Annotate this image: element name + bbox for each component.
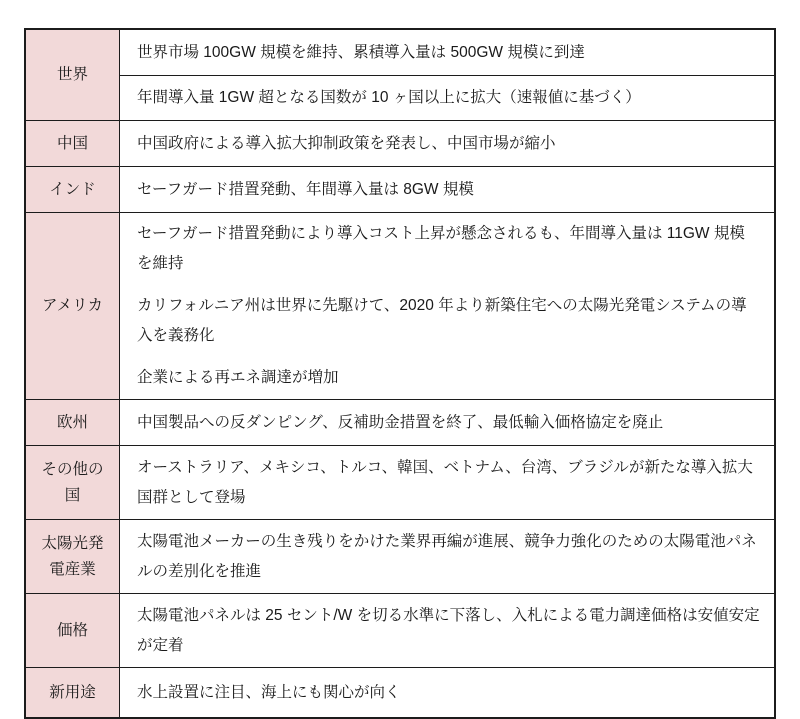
cell-paragraph: 世界市場 100GW 規模を維持、累積導入量は 500GW 規模に到達 (137, 38, 760, 68)
row-label: 価格 (26, 594, 120, 667)
cell-paragraph: 水上設置に注目、海上にも関心が向く (137, 678, 760, 708)
table-cell: 太陽電池メーカーの生き残りをかけた業界再編が進展、競争力強化のための太陽電池パネ… (120, 520, 774, 593)
table-cell: 水上設置に注目、海上にも関心が向く (120, 668, 774, 717)
cell-paragraph: 太陽電池メーカーの生き残りをかけた業界再編が進展、競争力強化のための太陽電池パネ… (137, 527, 760, 587)
cell-paragraph: セーフガード措置発動、年間導入量は 8GW 規模 (137, 175, 760, 205)
row-label: 欧州 (26, 400, 120, 445)
cell-paragraph: 年間導入量 1GW 超となる国数が 10 ヶ国以上に拡大（速報値に基づく） (137, 83, 760, 113)
cell-paragraph: 中国政府による導入拡大抑制政策を発表し、中国市場が縮小 (137, 129, 760, 159)
row-cells: 太陽電池メーカーの生き残りをかけた業界再編が進展、競争力強化のための太陽電池パネ… (120, 520, 774, 593)
cell-paragraph: セーフガード措置発動により導入コスト上昇が懸念されるも、年間導入量は 11GW … (137, 219, 760, 279)
table-cell: 太陽電池パネルは 25 セント/W を切る水準に下落し、入札による電力調達価格は… (120, 594, 774, 667)
table-cell: 年間導入量 1GW 超となる国数が 10 ヶ国以上に拡大（速報値に基づく） (120, 75, 774, 120)
table-row-other-countries: その他の国 オーストラリア、メキシコ、トルコ、韓国、ベトナム、台湾、ブラジルが新… (26, 445, 774, 519)
row-label: アメリカ (26, 213, 120, 399)
row-cells: 中国製品への反ダンピング、反補助金措置を終了、最低輸入価格協定を廃止 (120, 400, 774, 445)
cell-paragraph: 太陽電池パネルは 25 セント/W を切る水準に下落し、入札による電力調達価格は… (137, 601, 760, 661)
table-cell: オーストラリア、メキシコ、トルコ、韓国、ベトナム、台湾、ブラジルが新たな導入拡大… (120, 446, 774, 519)
table-row-world: 世界 世界市場 100GW 規模を維持、累積導入量は 500GW 規模に到達 年… (26, 30, 774, 120)
row-label: その他の国 (26, 446, 120, 519)
row-label: 中国 (26, 121, 120, 166)
cell-paragraph: 中国製品への反ダンピング、反補助金措置を終了、最低輸入価格協定を廃止 (137, 408, 760, 438)
row-cells: オーストラリア、メキシコ、トルコ、韓国、ベトナム、台湾、ブラジルが新たな導入拡大… (120, 446, 774, 519)
row-cells: セーフガード措置発動、年間導入量は 8GW 規模 (120, 167, 774, 212)
table-row-usa: アメリカ セーフガード措置発動により導入コスト上昇が懸念されるも、年間導入量は … (26, 212, 774, 399)
cell-paragraph: カリフォルニア州は世界に先駆けて、2020 年より新築住宅への太陽光発電システム… (137, 291, 760, 351)
table-cell: 中国製品への反ダンピング、反補助金措置を終了、最低輸入価格協定を廃止 (120, 400, 774, 445)
table-row-india: インド セーフガード措置発動、年間導入量は 8GW 規模 (26, 166, 774, 212)
cell-paragraph: オーストラリア、メキシコ、トルコ、韓国、ベトナム、台湾、ブラジルが新たな導入拡大… (137, 453, 760, 513)
row-cells: 太陽電池パネルは 25 セント/W を切る水準に下落し、入札による電力調達価格は… (120, 594, 774, 667)
table-cell: セーフガード措置発動、年間導入量は 8GW 規模 (120, 167, 774, 212)
table-cell: 世界市場 100GW 規模を維持、累積導入量は 500GW 規模に到達 (120, 30, 774, 75)
row-label: 世界 (26, 30, 120, 120)
table-cell: セーフガード措置発動により導入コスト上昇が懸念されるも、年間導入量は 11GW … (120, 213, 774, 399)
row-label: 新用途 (26, 668, 120, 717)
table-cell: 中国政府による導入拡大抑制政策を発表し、中国市場が縮小 (120, 121, 774, 166)
cell-paragraph: 企業による再エネ調達が増加 (137, 363, 760, 393)
row-cells: 水上設置に注目、海上にも関心が向く (120, 668, 774, 717)
pv-market-summary-table: 世界 世界市場 100GW 規模を維持、累積導入量は 500GW 規模に到達 年… (24, 28, 776, 719)
table-row-europe: 欧州 中国製品への反ダンピング、反補助金措置を終了、最低輸入価格協定を廃止 (26, 399, 774, 445)
row-cells: 世界市場 100GW 規模を維持、累積導入量は 500GW 規模に到達 年間導入… (120, 30, 774, 120)
table-row-pv-industry: 太陽光発 電産業 太陽電池メーカーの生き残りをかけた業界再編が進展、競争力強化の… (26, 519, 774, 593)
row-cells: セーフガード措置発動により導入コスト上昇が懸念されるも、年間導入量は 11GW … (120, 213, 774, 399)
table-row-price: 価格 太陽電池パネルは 25 セント/W を切る水準に下落し、入札による電力調達… (26, 593, 774, 667)
row-label: 太陽光発 電産業 (26, 520, 120, 593)
row-label: インド (26, 167, 120, 212)
table-row-china: 中国 中国政府による導入拡大抑制政策を発表し、中国市場が縮小 (26, 120, 774, 166)
row-cells: 中国政府による導入拡大抑制政策を発表し、中国市場が縮小 (120, 121, 774, 166)
table-row-new-applications: 新用途 水上設置に注目、海上にも関心が向く (26, 667, 774, 717)
page: 世界 世界市場 100GW 規模を維持、累積導入量は 500GW 規模に到達 年… (0, 0, 800, 696)
